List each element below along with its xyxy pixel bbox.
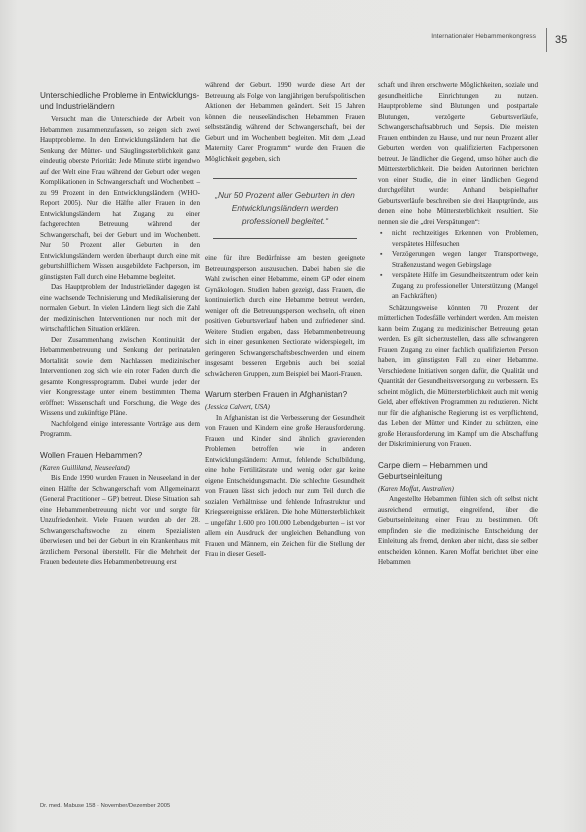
bullet-item: nicht rechtzeitiges Erkennen von Problem… xyxy=(392,228,538,249)
section-heading: Unterschiedliche Probleme in Entwicklung… xyxy=(40,90,200,112)
section-heading: Warum sterben Frauen in Afghanistan? xyxy=(205,389,365,400)
spacer xyxy=(378,450,538,460)
column-3: schaft und ihren erschwerte Möglichkeite… xyxy=(378,80,538,568)
page-number: 35 xyxy=(555,34,567,46)
column-2: während der Geburt. 1990 wurde diese Art… xyxy=(205,80,365,560)
magazine-page: Internationaler Hebammenkongress 35 Unte… xyxy=(0,0,586,832)
body-paragraph: Der Zusammenhang zwischen Kontinuität de… xyxy=(40,335,200,419)
bullet-item: verspätete Hilfe im Gesundheitszentrum o… xyxy=(392,270,538,302)
body-paragraph: Das Hauptproblem der Industrieländer dag… xyxy=(40,282,200,335)
author-byline: (Karen Guilliland, Neuseeland) xyxy=(40,463,200,474)
body-paragraph: Versucht man die Unterschiede der Arbeit… xyxy=(40,114,200,282)
body-paragraph: Angestellte Hebammen fühlen sich oft sel… xyxy=(378,494,538,568)
column-1: Unterschiedliche Probleme in Entwicklung… xyxy=(40,90,200,568)
page-footer: Dr. med. Mabuse 158 · November/Dezember … xyxy=(40,803,170,809)
spacer xyxy=(205,379,365,389)
pull-quote: „Nur 50 Prozent aller Geburten in den En… xyxy=(213,178,357,239)
spacer xyxy=(40,440,200,450)
section-heading: Carpe diem – Hebammen und Geburtseinleit… xyxy=(378,460,538,482)
header-divider xyxy=(546,28,547,52)
section-heading: Wollen Frauen Hebammen? xyxy=(40,450,200,461)
body-paragraph: schaft und ihren erschwerte Möglichkeite… xyxy=(378,80,538,227)
bullet-list: nicht rechtzeitiges Erkennen von Problem… xyxy=(378,228,538,302)
body-paragraph: eine für ihre Bedürfnisse am besten geei… xyxy=(205,253,365,379)
body-paragraph: In Afghanistan ist die Verbesserung der … xyxy=(205,413,365,560)
body-paragraph: Nachfolgend einige interessante Vorträge… xyxy=(40,419,200,440)
bullet-item: Verzögerungen wegen langer Transportwege… xyxy=(392,249,538,270)
running-head: Internationaler Hebammenkongress xyxy=(431,33,536,40)
body-paragraph: Bis Ende 1990 wurden Frauen in Neuseelan… xyxy=(40,473,200,568)
author-byline: (Karen Moffat, Australien) xyxy=(378,484,538,495)
author-byline: (Jessica Calvert, USA) xyxy=(205,402,365,413)
body-paragraph: Schätzungsweise könnten 70 Prozent der m… xyxy=(378,303,538,450)
body-paragraph: während der Geburt. 1990 wurde diese Art… xyxy=(205,80,365,164)
